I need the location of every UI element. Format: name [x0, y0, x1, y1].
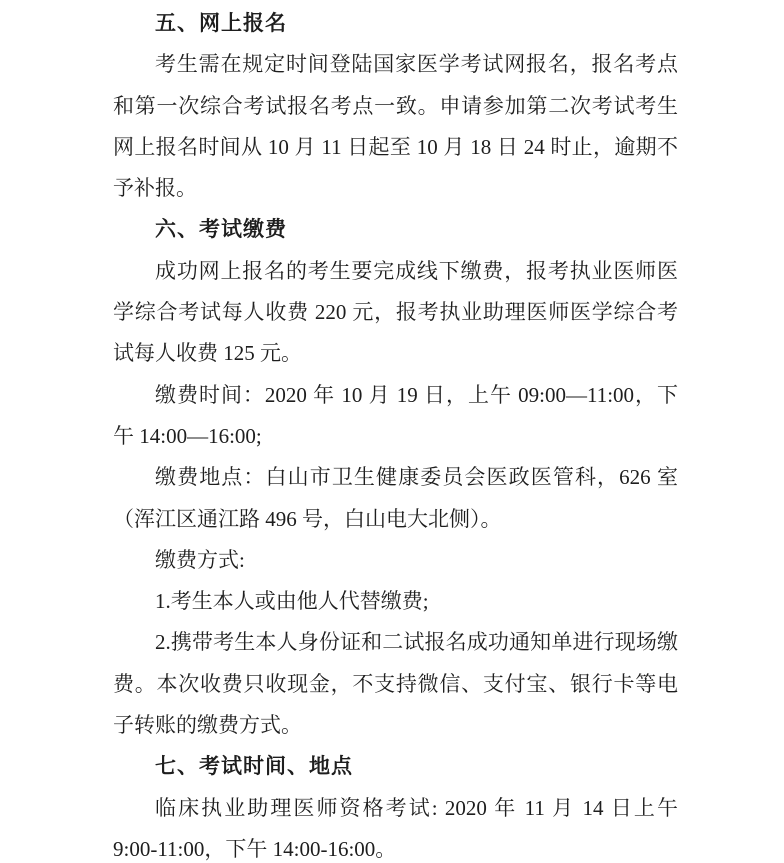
paragraph: 成功网上报名的考生要完成线下缴费，报考执业医师医学综合考试每人收费 220 元，… — [113, 251, 678, 375]
section-heading: 七、考试时间、地点 — [113, 746, 678, 787]
paragraph: 1.考生本人或由他人代替缴费; — [113, 581, 678, 622]
paragraph: 考生需在规定时间登陆国家医学考试网报名，报名考点和第一次综合考试报名考点一致。申… — [113, 44, 678, 209]
section-heading: 六、考试缴费 — [113, 209, 678, 250]
document-page: 五、网上报名考生需在规定时间登陆国家医学考试网报名，报名考点和第一次综合考试报名… — [0, 0, 784, 863]
paragraph: 2.携带考生本人身份证和二试报名成功通知单进行现场缴费。本次收费只收现金，不支持… — [113, 622, 678, 746]
paragraph: 缴费方式: — [113, 540, 678, 581]
paragraph: 临床执业助理医师资格考试: 2020 年 11 月 14 日上午 9:00-11… — [113, 788, 678, 863]
paragraph: 缴费地点：白山市卫生健康委员会医政医管科，626 室（浑江区通江路 496 号，… — [113, 457, 678, 540]
section-heading: 五、网上报名 — [113, 3, 678, 44]
paragraph: 缴费时间：2020 年 10 月 19 日，上午 09:00—11:00，下午 … — [113, 375, 678, 458]
